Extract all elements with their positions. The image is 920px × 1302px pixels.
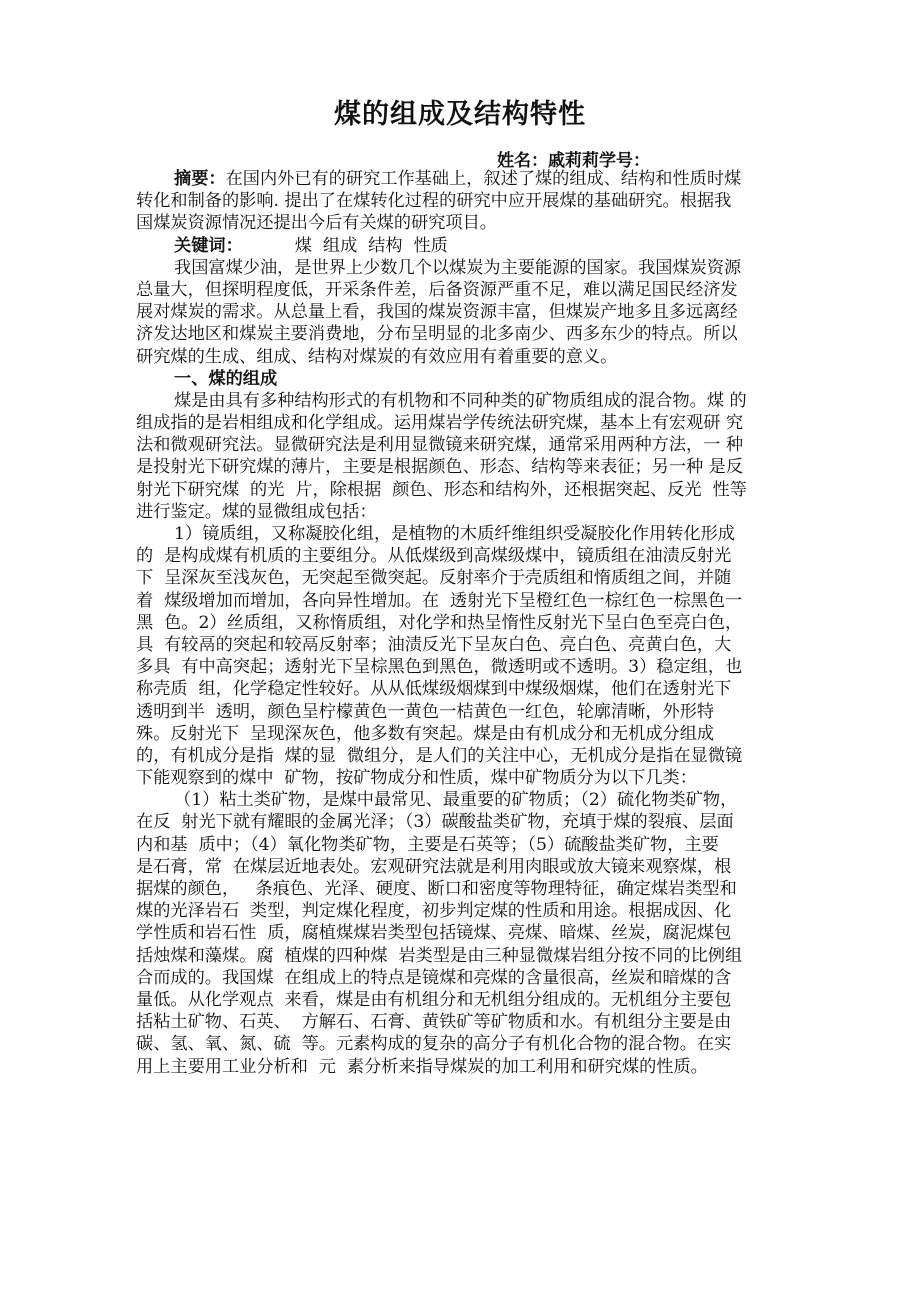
section-paragraph-3: （1）粘土类矿物，是煤中最常见、最重要的矿物质；（2）硫化物类矿物， 在反 射光…: [136, 789, 786, 1077]
document-page: 煤的组成及结构特性 姓名：戚莉莉学号： 摘要：在国内外已有的研究工作基础上，叙述…: [0, 0, 920, 1302]
abstract-label: 摘要：: [174, 169, 226, 189]
keywords-line: 关键词：煤 组成 结构 性质: [136, 235, 786, 257]
keywords-value: 煤 组成 结构 性质: [295, 236, 448, 256]
section-paragraph-1: 煤是由具有多种结构形式的有机物和不同种类的矿物质组成的混合物。煤 的 组成指的是…: [136, 390, 786, 523]
abstract-line: 摘要：在国内外已有的研究工作基础上，叙述了煤的组成、结构和性质时煤: [136, 168, 786, 190]
abstract-line: 国煤炭资源情况还提出今后有关煤的研究项目。: [136, 212, 786, 234]
intro-paragraph: 我国富煤少油，是世界上少数几个以煤炭为主要能源的国家。我国煤炭资源 总量大，但探…: [136, 257, 786, 368]
section-heading: 一、煤的组成: [136, 368, 786, 390]
document-body: 摘要：在国内外已有的研究工作基础上，叙述了煤的组成、结构和性质时煤 转化和制备的…: [136, 168, 786, 1078]
abstract-line: 转化和制备的影响. 提出了在煤转化过程的研究中应开展煤的基础研究。根据我: [136, 190, 786, 212]
keywords-label: 关键词：: [174, 236, 243, 256]
section-paragraph-2: 1）镜质组，又称凝胶化组，是植物的木质纤维组织受凝胶化作用转化形成 的 是构成煤…: [136, 523, 786, 789]
document-title: 煤的组成及结构特性: [0, 92, 920, 131]
